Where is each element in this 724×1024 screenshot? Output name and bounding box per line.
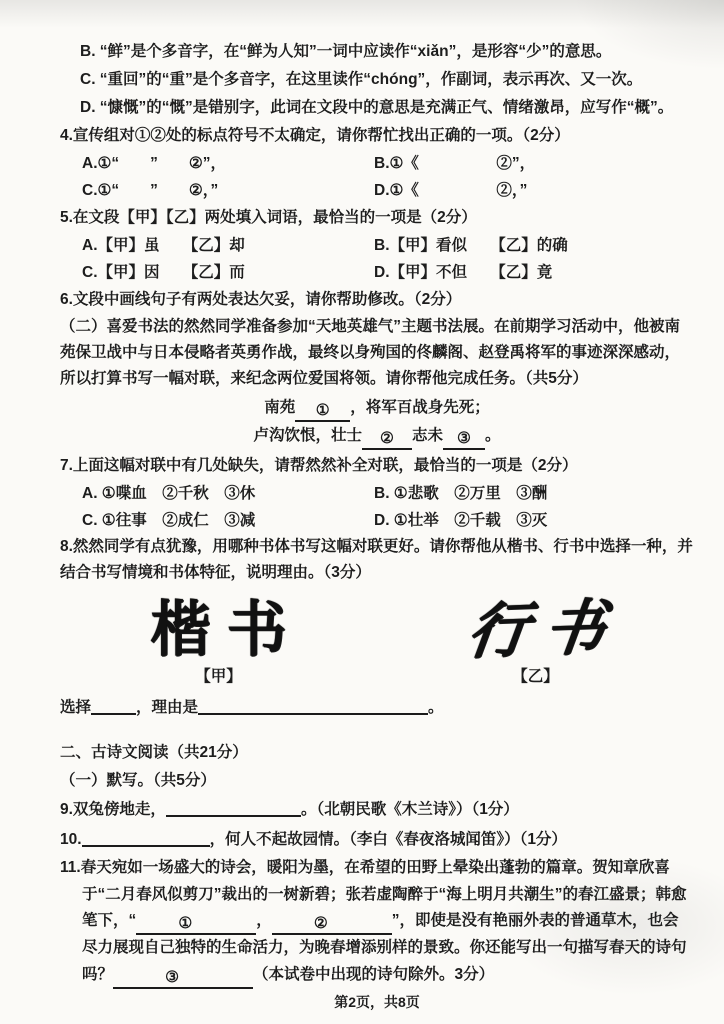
couplet-blank-2: ②	[362, 429, 412, 450]
q11-paragraph: 11.春天宛如一场盛大的诗会，暖阳为墨，在希望的田野上晕染出蓬勃的篇章。贺知章欣…	[60, 855, 694, 989]
couplet-line-2: 卢沟饮恨，壮士②志未③。	[60, 422, 694, 450]
reason-blank	[198, 694, 428, 715]
page-content: B. “鲜”是个多音字，在“鲜为人知”一词中应读作“xiǎn”，是形容“少”的意…	[60, 38, 694, 1011]
section-two-title: 二、古诗文阅读（共21分）	[60, 739, 694, 767]
choice-pre: 选择	[60, 699, 91, 716]
couplet-blank-1: ①	[295, 401, 350, 422]
q9-blank	[166, 796, 301, 817]
q6-stem: 6.文段中画线句子有两处表达欠妥，请你帮助修改。（2分）	[60, 286, 694, 314]
q10-post: ，何人不起故园情。（李白《春夜洛城闻笛》）（1分）	[210, 831, 567, 848]
q10-pre: 10.	[60, 831, 82, 848]
q7-option-b: B. ①悲歌 ②万里 ③酬	[374, 480, 694, 507]
couplet-blank-3: ③	[443, 429, 485, 450]
q4-option-c: C.①“ ” ②，”	[82, 177, 374, 204]
q3-option-d: D. “慷慨”的“慨”是错别字，此词在文段中的意思是充满正气、情绪激昂，应写作“…	[60, 94, 694, 122]
q9-post: 。（北朝民歌《木兰诗》）（1分）	[301, 801, 519, 818]
q3-option-b: B. “鲜”是个多音字，在“鲜为人知”一词中应读作“xiǎn”，是形容“少”的意…	[60, 38, 694, 66]
q11-text-4: （本试卷中出现的诗句除外。3分）	[253, 966, 494, 983]
couplet-line2-mid: 志未	[412, 427, 443, 444]
page-number-footer: 第2页，共8页	[60, 993, 694, 1011]
q7-option-c: C. ①往事 ②成仁 ③减	[82, 507, 374, 534]
q8-answer-line: 选择，理由是。	[60, 694, 694, 721]
xingshu-label: 【乙】	[377, 666, 694, 688]
q4-option-b: B.①《 ②”，	[374, 150, 694, 177]
couplet-line1-pre: 南苑	[264, 399, 295, 416]
q4-option-d: D.①《 ②，”	[374, 177, 694, 204]
calligraphy-kaishu-column: 楷书 【甲】	[60, 594, 377, 688]
couplet-line-1: 南苑①，将军百战身先死；	[60, 394, 694, 422]
calligraphy-xingshu-column: 行书 【乙】	[377, 594, 694, 688]
q10-line: 10.，何人不起故园情。（李白《春夜洛城闻笛》）（1分）	[60, 825, 694, 855]
q4-option-a: A.①“ ” ②”，	[82, 150, 374, 177]
q3-option-c: C. “重回”的“重”是个多音字，在这里读作“chóng”，作副词，表示再次、又…	[60, 66, 694, 94]
q9-line: 9.双兔傍地走，。（北朝民歌《木兰诗》）（1分）	[60, 795, 694, 825]
q11-blank-1: ①	[136, 914, 256, 935]
choice-end: 。	[428, 699, 444, 716]
q7-option-d: D. ①壮举 ②千载 ③灭	[374, 507, 694, 534]
q5-option-d: D.【甲】不但 【乙】竟	[374, 259, 694, 286]
q5-option-b: B.【甲】看似 【乙】的确	[374, 232, 694, 259]
q5-stem: 5.在文段【甲】【乙】两处填入词语，最恰当的一项是（2分）	[60, 204, 694, 232]
choice-mid: ，理由是	[136, 699, 198, 716]
couplet-line2-post: 。	[485, 427, 501, 444]
q11-blank-3: ③	[113, 968, 253, 989]
section-two-subtitle: （一）默写。（共5分）	[60, 767, 694, 795]
q5-options: A.【甲】虽 【乙】却 B.【甲】看似 【乙】的确 C.【甲】因 【乙】而 D.…	[60, 232, 694, 286]
kaishu-label: 【甲】	[60, 666, 377, 688]
q7-options: A. ①喋血 ②千秋 ③休 B. ①悲歌 ②万里 ③酬 C. ①往事 ②成仁 ③…	[60, 480, 694, 534]
q9-pre: 9.双兔傍地走，	[60, 801, 166, 818]
q5-option-c: C.【甲】因 【乙】而	[82, 259, 374, 286]
calligraphy-samples: 楷书 【甲】 行书 【乙】	[60, 594, 694, 688]
q8-stem: 8.然然同学有点犹豫，用哪种书体书写这幅对联更好。请你帮他从楷书、行书中选择一种…	[60, 534, 694, 586]
couplet-line2-pre: 卢沟饮恨，壮士	[253, 427, 362, 444]
q10-blank	[82, 826, 210, 847]
section-gap	[60, 721, 694, 739]
q4-stem: 4.宣传组对①②处的标点符号不太确定，请你帮忙找出正确的一项。（2分）	[60, 122, 694, 150]
q4-options: A.①“ ” ②”， B.①《 ②”， C.①“ ” ②，” D.①《 ②，”	[60, 150, 694, 204]
q11-blank-2: ②	[272, 914, 392, 935]
q7-stem: 7.上面这幅对联中有几处缺失，请帮然然补全对联，最恰当的一项是（2分）	[60, 452, 694, 480]
kaishu-sample-image: 楷书	[60, 594, 377, 666]
xingshu-sample-image: 行书	[447, 591, 625, 669]
exam-paper-page: B. “鲜”是个多音字，在“鲜为人知”一词中应读作“xiǎn”，是形容“少”的意…	[0, 0, 724, 1024]
couplet-line1-post: ，将军百战身先死；	[350, 399, 490, 416]
q5-option-a: A.【甲】虽 【乙】却	[82, 232, 374, 259]
choice-blank	[91, 694, 136, 715]
q7-option-a: A. ①喋血 ②千秋 ③休	[82, 480, 374, 507]
q11-text-2: ，	[256, 912, 272, 929]
couplet: 南苑①，将军百战身先死； 卢沟饮恨，壮士②志未③。	[60, 394, 694, 450]
section2-intro: （二）喜爱书法的然然同学准备参加“天地英雄气”主题书法展。在前期学习活动中，他被…	[60, 314, 694, 392]
